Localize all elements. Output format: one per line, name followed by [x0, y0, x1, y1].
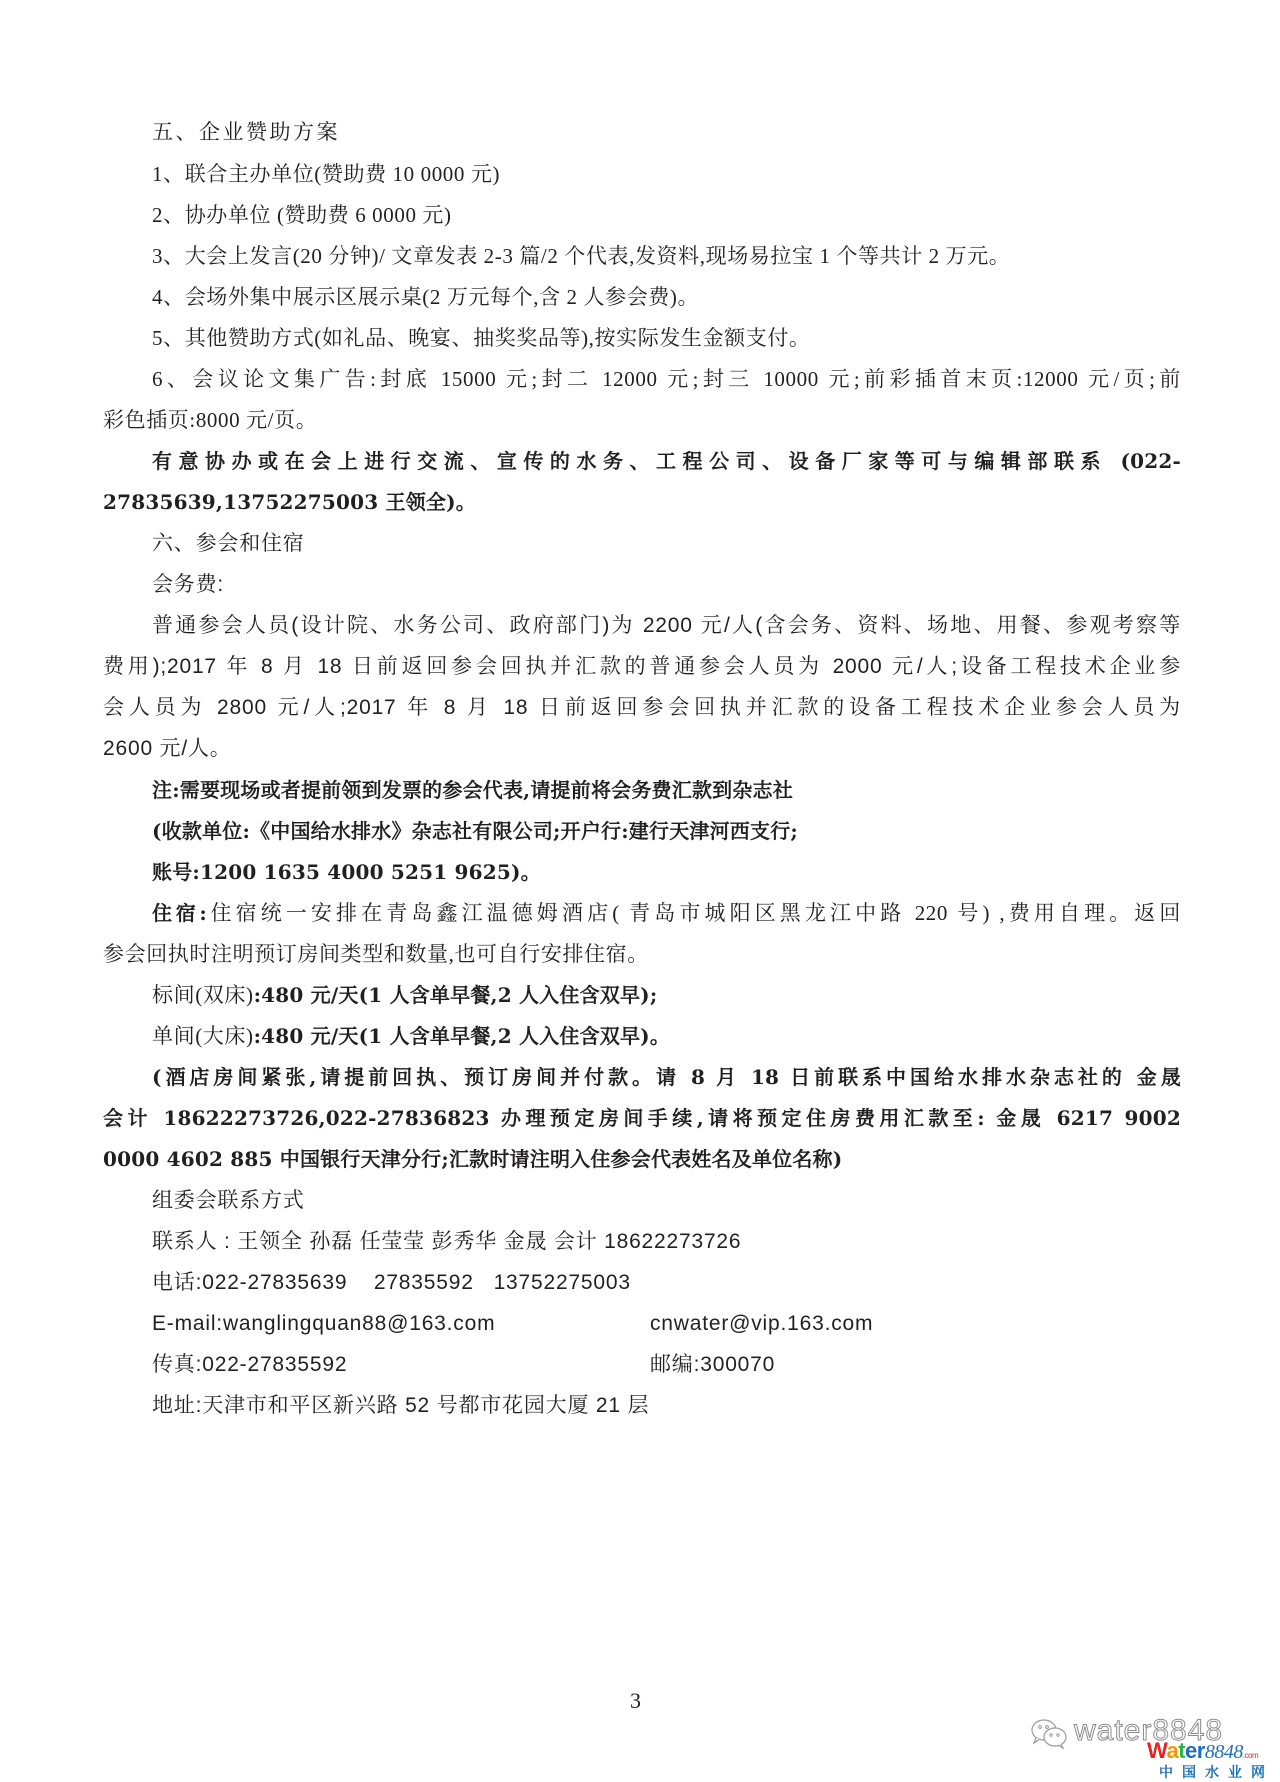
room-single: 单间(大床):480 元/天(1 人含单早餐,2 人入住含双早)。: [152, 1016, 1181, 1057]
sponsor-item-4: 4、会场外集中展示区展示桌(2 万元每个,含 2 人参会费)。: [152, 277, 1181, 318]
section5-heading: 五、企业赞助方案: [152, 112, 1181, 153]
logo-domain: .com: [1243, 1751, 1258, 1760]
site-logo: Water8848.com 中国水业网: [1147, 1738, 1280, 1782]
fee-line-2: 费用);2017 年 8 月 18 日前返回参会回执并汇款的普通参会人员为 20…: [103, 646, 1181, 687]
sponsor-item-6: 6、会议论文集广告:封底 15000 元;封二 12000 元;封三 10000…: [152, 359, 1181, 400]
logo-letter-t: t: [1178, 1738, 1185, 1763]
contact-note-line1: 有意协办或在会上进行交流、宣传的水务、工程公司、设备厂家等可与编辑部联系 (02…: [152, 441, 1181, 482]
booking-line3: 0000 4602 885 中国银行天津分行;汇款时请注明入住参会代表姓名及单位…: [103, 1139, 1181, 1180]
logo-number: 8848: [1205, 1741, 1243, 1763]
committee-contacts: 联系人 : 王领全 孙磊 任莹莹 彭秀华 金晟 会计 18622273726: [152, 1221, 1181, 1262]
committee-postcode: 邮编:300070: [650, 1344, 775, 1385]
lodging-line1: 住宿:住宿统一安排在青岛鑫江温德姆酒店( 青岛市城阳区黑龙江中路 220 号) …: [152, 893, 1181, 934]
room-standard-type: 标间(双床): [152, 983, 254, 1007]
page-number: 3: [630, 1688, 641, 1714]
committee-fax: 传真:022-27835592: [152, 1353, 347, 1376]
fee-label: 会务费:: [152, 564, 1181, 605]
lodging-label: 住宿:: [152, 901, 207, 925]
committee-fax-row: 传真:022-27835592 邮编:300070: [152, 1344, 1181, 1385]
logo-letter-w: W: [1147, 1738, 1166, 1763]
committee-email2[interactable]: cnwater@vip.163.com: [650, 1303, 873, 1344]
logo-chinese-name: 中国水业网: [1159, 1762, 1274, 1782]
fee-line-3: 会人员为 2800 元/人;2017 年 8 月 18 日前返回参会回执并汇款的…: [103, 687, 1181, 728]
sponsor-item-5: 5、其他赞助方式(如礼品、晚宴、抽奖奖品等),按实际发生金额支付。: [152, 318, 1181, 359]
lodging-line2: 参会回执时注明预订房间类型和数量,也可自行安排住宿。: [103, 934, 1181, 975]
logo-letters-er: er: [1185, 1738, 1205, 1763]
logo-letter-a: a: [1166, 1738, 1178, 1763]
logo-wordmark: Water8848.com: [1147, 1738, 1258, 1764]
fee-line-1: 普通参会人员(设计院、水务公司、政府部门)为 2200 元/人(含会务、资料、场…: [152, 605, 1181, 646]
document-page: 五、企业赞助方案 1、联合主办单位(赞助费 10 0000 元) 2、协办单位 …: [0, 0, 1280, 1782]
committee-email-row: E-mail:wanglingquan88@163.com cnwater@vi…: [152, 1303, 1181, 1344]
sponsor-item-2: 2、协办单位 (赞助费 6 0000 元): [152, 195, 1181, 236]
sponsor-item-1: 1、联合主办单位(赞助费 10 0000 元): [152, 154, 1181, 195]
committee-address: 地址:天津市和平区新兴路 52 号都市花园大厦 21 层: [152, 1385, 1181, 1426]
booking-line1: (酒店房间紧张,请提前回执、预订房间并付款。请 8 月 18 日前联系中国给水排…: [152, 1057, 1181, 1098]
invoice-note-line1: 注:需要现场或者提前领到发票的参会代表,请提前将会务费汇款到杂志社: [152, 770, 1181, 811]
sponsor-item-3: 3、大会上发言(20 分钟)/ 文章发表 2-3 篇/2 个代表,发资料,现场易…: [152, 236, 1181, 277]
committee-email1[interactable]: E-mail:wanglingquan88@163.com: [152, 1312, 495, 1335]
invoice-note-line3: 账号:1200 1635 4000 5251 9625)。: [152, 852, 1181, 893]
lodging-text: 住宿统一安排在青岛鑫江温德姆酒店( 青岛市城阳区黑龙江中路 220 号) ,费用…: [207, 901, 1181, 925]
room-single-price: :480 元/天(1 人含单早餐,2 人入住含双早)。: [254, 1024, 670, 1048]
room-standard-price: :480 元/天(1 人含单早餐,2 人入住含双早);: [254, 983, 658, 1007]
wechat-icon: [1030, 1718, 1068, 1750]
section6-heading: 六、参会和住宿: [152, 523, 1181, 564]
room-single-type: 单间(大床): [152, 1024, 254, 1048]
invoice-note-line2: (收款单位:《中国给水排水》杂志社有限公司;开户行:建行天津河西支行;: [152, 811, 1181, 852]
fee-line-4: 2600 元/人。: [103, 728, 1181, 769]
sponsor-item-6-cont: 彩色插页:8000 元/页。: [103, 400, 1181, 441]
committee-phone: 电话:022-27835639 27835592 13752275003: [152, 1262, 1181, 1303]
booking-line2: 会计 18622273726,022-27836823 办理预定房间手续,请将预…: [103, 1098, 1181, 1139]
room-standard: 标间(双床):480 元/天(1 人含单早餐,2 人入住含双早);: [152, 975, 1181, 1016]
contact-note-line2: 27835639,13752275003 王领全)。: [103, 482, 1181, 523]
committee-heading: 组委会联系方式: [152, 1180, 1181, 1221]
